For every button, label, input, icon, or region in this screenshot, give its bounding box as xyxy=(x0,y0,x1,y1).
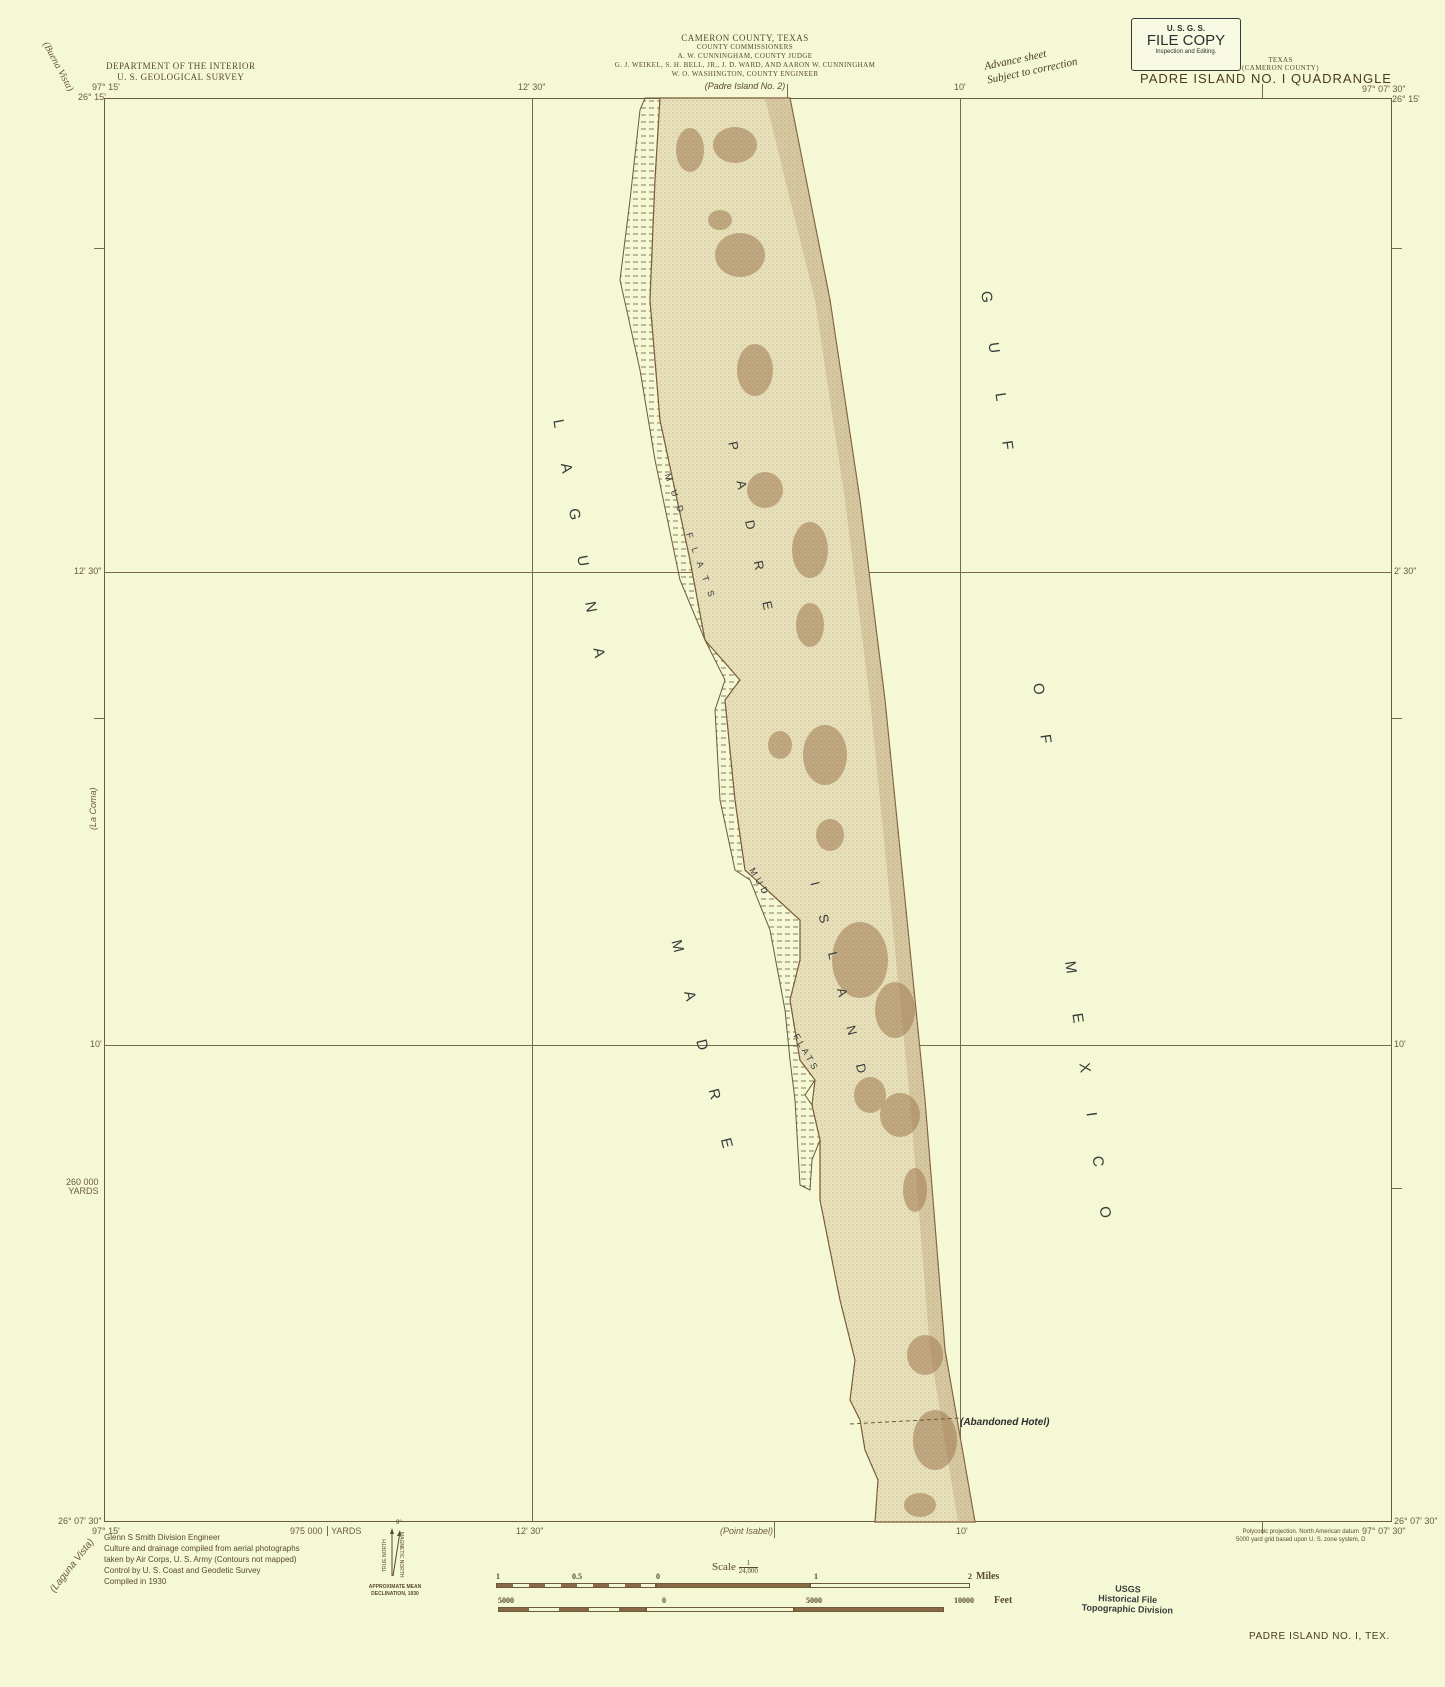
credit-line-2: Culture and drainage compiled from aeria… xyxy=(104,1543,300,1554)
feet-tick: 5000 xyxy=(498,1596,514,1605)
miles-unit: Miles xyxy=(976,1571,999,1582)
abandoned-hotel-label: (Abandoned Hotel) xyxy=(960,1417,1049,1428)
credit-line-5: Compiled in 1930 xyxy=(104,1576,300,1587)
credit-line-1: Glenn S Smith Division Engineer xyxy=(104,1532,300,1543)
feet-scale: 5000 0 5000 10000 Feet xyxy=(498,1596,1028,1616)
projection-line-2: 5000 yard grid based upon U. S. zone sys… xyxy=(1236,1536,1365,1544)
declination-caption-2: DECLINATION, 1930 xyxy=(360,1591,430,1598)
feet-tick: 10000 xyxy=(954,1596,974,1605)
miles-scale: 1 0.5 0 1 2 Miles xyxy=(496,1572,1026,1594)
true-north-label: TRUE NORTH xyxy=(382,1539,388,1572)
credit-line-4: Control by U. S. Coast and Geodetic Surv… xyxy=(104,1565,300,1576)
sheet-name: PADRE ISLAND NO. I, TEX. xyxy=(1249,1631,1390,1642)
miles-tick: 2 xyxy=(968,1572,972,1581)
credits-block: Glenn S Smith Division Engineer Culture … xyxy=(104,1532,300,1587)
declination-caption-1: APPROXIMATE MEAN xyxy=(360,1584,430,1591)
miles-tick: 1 xyxy=(496,1572,500,1581)
declination-degrees: 9° xyxy=(396,1520,402,1526)
miles-tick: 0 xyxy=(656,1572,660,1581)
credit-line-3: taken by Air Corps, U. S. Army (Contours… xyxy=(104,1554,300,1565)
declination-caption: APPROXIMATE MEAN DECLINATION, 1930 xyxy=(360,1584,430,1598)
padre-island-landmass xyxy=(0,0,1445,1687)
miles-tick: 0.5 xyxy=(572,1572,582,1581)
north-arrow-icon xyxy=(360,1526,420,1578)
magnetic-north-label: MAGNETIC NORTH xyxy=(398,1532,404,1577)
miles-tick: 1 xyxy=(814,1572,818,1581)
projection-note: Polyconic projection. North American dat… xyxy=(1236,1528,1365,1544)
historical-file-stamp: USGS Historical File Topographic Divisio… xyxy=(1082,1582,1174,1615)
feet-tick: 0 xyxy=(662,1596,666,1605)
feet-tick: 5000 xyxy=(806,1596,822,1605)
projection-line-1: Polyconic projection. North American dat… xyxy=(1236,1528,1365,1536)
feet-unit: Feet xyxy=(994,1595,1012,1606)
declination-diagram: 9° TRUE NORTH MAGNETIC NORTH APPROXIMATE… xyxy=(360,1526,420,1596)
